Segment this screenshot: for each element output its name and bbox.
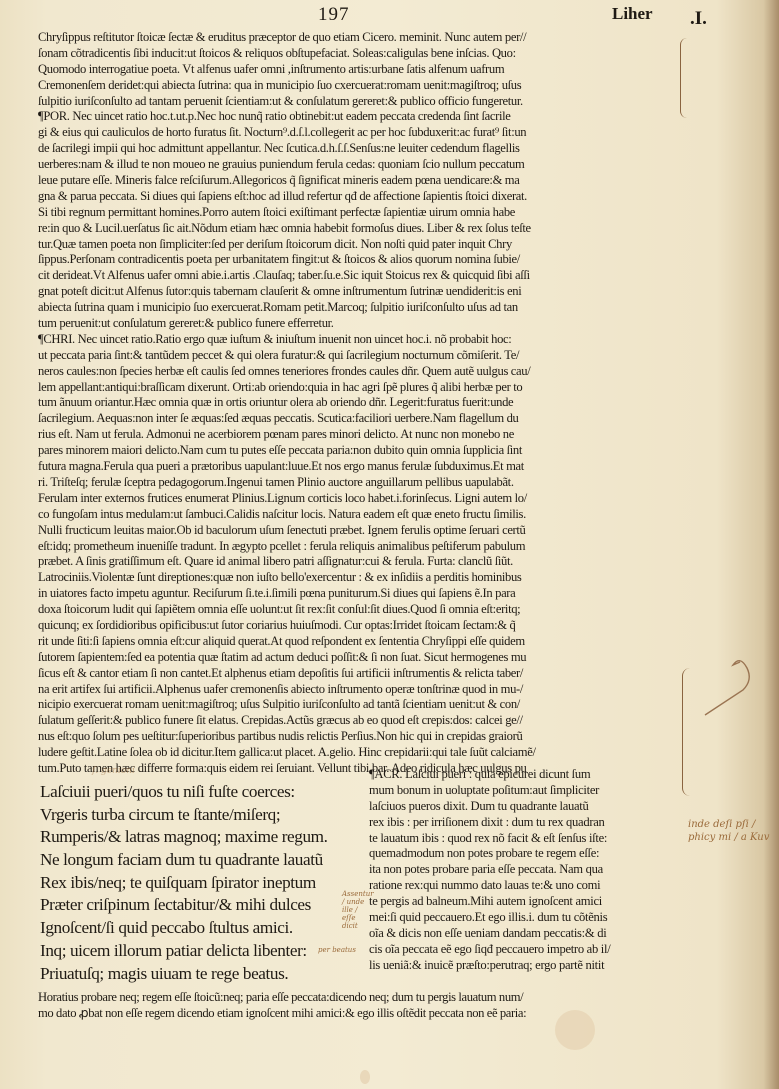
verse-line: Præter criſpinum ſectabitur/& mihi dulce… — [40, 894, 360, 917]
side-commentary-line: te pergis ad balneum.Mihi autem ignoſcen… — [369, 894, 677, 910]
margin-bracket — [680, 38, 687, 118]
book-number: .I. — [690, 8, 707, 30]
commentary-line: tum peruenit:ut conſulatum gereret:& pub… — [38, 316, 676, 332]
margin-note-beatus: per beatus — [318, 946, 356, 954]
commentary-line: gna & parua peccata. Si diues qui ſapien… — [38, 189, 676, 205]
commentary-line: Si tibi regnum permittant homines.Porro … — [38, 205, 676, 221]
commentary-line: ſulpitio iuriſconſulto ad tantam perueni… — [38, 94, 676, 110]
margin-bracket — [682, 668, 691, 796]
commentary-line: eſt:idq; prometheum inueniſſe tradunt. I… — [38, 539, 676, 555]
commentary-line: ſulatum geſſerit:& publico funere ſit el… — [38, 713, 676, 729]
commentary-line: de ſacrilegi impii qui hoc admittunt app… — [38, 141, 676, 157]
commentary-line: abiecta ſutrina quam i municipio ſuo exe… — [38, 300, 676, 316]
verse-line: Ne longum faciam dum tu quadrante lauatũ — [40, 849, 360, 872]
running-head: Liher — [612, 4, 653, 24]
commentary-line: doxa ſtoicorum ludit qui ſapiẽtem omnia … — [38, 602, 676, 618]
bottom-line: Horatius probare neq; regem eſſe ſtoicũ:… — [38, 990, 678, 1006]
commentary-line: ſacrilegium. Aequas:non inter ſe æquas:ſ… — [38, 411, 676, 427]
commentary-line: ſicus eſt & cantor etiam ſi non cantet.E… — [38, 666, 676, 682]
side-commentary-line: ratione rex:qui nummo dato lauas te:& un… — [369, 878, 677, 894]
side-commentary-block: ¶ACR. Laſciui pueri : quia epicurei dicu… — [369, 767, 677, 974]
verse-line: Inq; uicem illorum patiar delicta libent… — [40, 940, 360, 963]
commentary-line: Quomodo interrogatiue poeta. Vt alfenus … — [38, 62, 676, 78]
commentary-line: na erit artifex ſui artificii.Alphenus u… — [38, 682, 676, 698]
side-commentary-line: lis ueniã:& inuicẽ præſto:perutraq; ergo… — [369, 958, 677, 974]
commentary-line: rius eſt. Nam ut ferula. Admonui ne acer… — [38, 427, 676, 443]
commentary-line: ¶POR. Nec uincet ratio hoc.t.ut.p.Nec ho… — [38, 109, 676, 125]
book-page: 197 Liher .I. Chryſippus reſtitutor ſtoi… — [0, 0, 779, 1089]
side-commentary-line: rex ibis : per irriſionem dixit : dum tu… — [369, 815, 677, 831]
side-commentary-line: mum bonum in uoluptate poſitum:aut ſimpl… — [369, 783, 677, 799]
commentary-line: cit derideat.Vt Alfenus uafer omni abie.… — [38, 268, 676, 284]
commentary-line: ſippus.Perſonam contradicentis poeta per… — [38, 252, 676, 268]
verse-top-note: ſ. genioni — [92, 766, 135, 776]
side-commentary-line: cis oĩa peccata eẽ ego ſiqđ peccauero im… — [369, 942, 677, 958]
commentary-line: ¶CHRI. Nec uincet ratio.Ratio ergo quæ i… — [38, 332, 676, 348]
verse-line: Vrgeris turba circum te ſtante/miſerq; — [40, 804, 360, 827]
side-commentary-line: quemadmodum non potes probare te regem e… — [369, 846, 677, 862]
commentary-line: pares minorem maiori delicto.Nam cum tu … — [38, 443, 676, 459]
side-commentary-line: ita non potes probare paria eſſe peccata… — [369, 862, 677, 878]
commentary-line: tur.Quæ tamen poeta non ſimpliciter:ſed … — [38, 237, 676, 253]
margin-note-verse: Assentur / unde ille / eſſe dicit — [342, 890, 372, 930]
commentary-line: gnat poteſt dicit:ut Alfenus ſutor:quis … — [38, 284, 676, 300]
commentary-line: tum ãnuum oriantur.Hæc omnia quæ in orti… — [38, 395, 676, 411]
side-commentary-line: te lauatum ibis : quod rex nõ facit & eſ… — [369, 831, 677, 847]
commentary-line: ri. Triſteſq; ferulæ ſceptra pedagogorum… — [38, 475, 676, 491]
commentary-line: co fungoſam intus medulam:ut ſambuci.Cal… — [38, 507, 676, 523]
commentary-line: ludere geſtit.Latine ſolea ob id dicitur… — [38, 745, 676, 761]
commentary-line: gi & eius qui cauliculos de horto furatu… — [38, 125, 676, 141]
paper-stain — [360, 1070, 370, 1084]
verse-line: Rex ibis/neq; te quiſquam ſpirator inept… — [40, 872, 360, 895]
commentary-line: nicipio exercuerat romam uenit:magiſtroq… — [38, 697, 676, 713]
verse-line: Laſciuii pueri/quos tu niſi fuſte coerce… — [40, 781, 360, 804]
commentary-line: Cremonenſem deridet:qui abiecta ſutrina:… — [38, 78, 676, 94]
side-commentary-line: mei:ſi quid peccauero.Et ego illis.i. du… — [369, 910, 677, 926]
commentary-line: Nulli fructicum leuitas maior.Ob id bacu… — [38, 523, 676, 539]
commentary-line: uerberes:nam & illud te non moueo ne gra… — [38, 157, 676, 173]
side-commentary-line: ¶ACR. Laſciui pueri : quia epicurei dicu… — [369, 767, 677, 783]
commentary-line: quicunq; ex ſordidioribus opificibus:ut … — [38, 618, 676, 634]
side-commentary-line: laſciuos pueros dixit. Dum tu quadrante … — [369, 799, 677, 815]
commentary-line: rit unde ſiti:ſi ſapiens omnia eſt:cur a… — [38, 634, 676, 650]
bottom-commentary: Horatius probare neq; regem eſſe ſtoicũ:… — [38, 990, 678, 1022]
page-number: 197 — [318, 4, 350, 26]
commentary-line: Chryſippus reſtitutor ſtoicæ ſectæ & eru… — [38, 30, 676, 46]
commentary-line: in uiatores facto impetu aguntur. Reciſu… — [38, 586, 676, 602]
bottom-line: mo dato ꝓbat non eſſe regem dicendo etia… — [38, 1006, 678, 1022]
commentary-line: futura magna.Ferula qua pueri a prætorib… — [38, 459, 676, 475]
commentary-line: Ferulam inter externos frutices enumerat… — [38, 491, 676, 507]
commentary-line: leue putare eſſe. Mineris falce reſciſur… — [38, 173, 676, 189]
verse-line: Rumperis/& latras magnoq; maxime regum. — [40, 826, 360, 849]
margin-note-right: inde deſi pſi / phicy mi / a Kuv — [688, 818, 778, 844]
verse-line: Ignoſcent/ſi quid peccabo ſtultus amici. — [40, 917, 360, 940]
commentary-line: lem appellant:antiqui:braſſicam dixerunt… — [38, 380, 676, 396]
commentary-line: ſonam cõtradicentis ſibi inducit:ut ſtoi… — [38, 46, 676, 62]
commentary-line: neros caules:non ſpecies herbæ eſt cauli… — [38, 364, 676, 380]
commentary-line: ſutorem ſapientem:ſed ea potentia quæ ſt… — [38, 650, 676, 666]
manicule-drawing-icon — [695, 650, 755, 720]
verse-block: Laſciuii pueri/quos tu niſi fuſte coerce… — [40, 781, 360, 985]
commentary-line: re:in quo & Lucil.uerſatus ſic ait.Nõdum… — [38, 221, 676, 237]
commentary-line: Latrociniis.Violentæ ſunt direptiones:qu… — [38, 570, 676, 586]
commentary-line: ut peccata paria ſint:& tantũdem peccet … — [38, 348, 676, 364]
verse-line: Priuatuſq; magis uiuam te rege beatus. — [40, 963, 360, 986]
commentary-block: Chryſippus reſtitutor ſtoicæ ſectæ & eru… — [38, 30, 676, 777]
commentary-line: præbet. A ſinis gratiſſimum eſt. Quare i… — [38, 554, 676, 570]
side-commentary-line: oĩa & dicis non eſſe ueniam dandam pecca… — [369, 926, 677, 942]
commentary-line: nus eſt:quo ſolum pes ueſtitur:ſuperiori… — [38, 729, 676, 745]
